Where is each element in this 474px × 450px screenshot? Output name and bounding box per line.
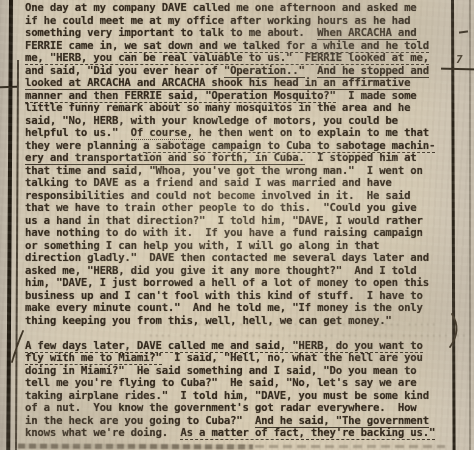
text-segment: and said, "Did you ever hear of [25, 64, 224, 77]
left-margin-tick-mark [0, 86, 17, 89]
text-segment: that we have to train other people to do… [25, 201, 417, 214]
text-segment: I stopped him at [305, 151, 417, 164]
text-segment: said, "No, HERB, with your knowledge of … [25, 114, 398, 127]
left-slash-pen-stroke [12, 331, 23, 362]
text-segment: responsibilities and could not become in… [25, 189, 410, 202]
document-body: One day at my company DAVE called me one… [25, 2, 451, 440]
text-segment: make every minute count." And he told me… [25, 301, 423, 314]
text-segment: helpful to us." [25, 126, 131, 139]
bottom-cutoff-text-smudge [18, 444, 253, 450]
paragraph: One day at my company DAVE called me one… [25, 2, 451, 327]
text-segment: direction gladly." DAVE then contacted m… [25, 251, 429, 264]
text-segment: business up and I can't fool with this k… [25, 289, 423, 302]
text-segment: little funny remark about so many mosqui… [25, 101, 410, 114]
text-segment: thing keeping you from this, well, hell,… [25, 314, 392, 327]
text-segment: knows what we're doing. [25, 426, 180, 439]
right-margin-handwritten-seven: 7 [456, 53, 463, 66]
text-segment: of a nut. You know the government's got … [25, 401, 417, 414]
text-segment: that time and said, "Whoa, you've got th… [25, 164, 423, 177]
text-segment: if he could meet me at my office after w… [25, 14, 410, 27]
right-margin-dash-mark [459, 30, 468, 33]
text-segment: taking airplane rides." I told him, "DAV… [25, 389, 429, 402]
text-segment: have nothing to do with it. If you have … [25, 226, 423, 239]
text-segment: One day at my company DAVE called me one… [25, 1, 417, 14]
text-segment: I said, "Hell, no, what the hell are you [162, 351, 423, 364]
text-segment: he then went on to explain to me that [193, 126, 429, 139]
page-left-inner-border-line [15, 60, 19, 450]
bottom-cutoff-text-smudge-faint [255, 445, 445, 448]
scanned-document-page: ·· ···· ··· ·· ···· ·· ··· · ········ ··… [0, 0, 474, 450]
text-segment: something very important to talk to me a… [25, 26, 317, 39]
text-segment [305, 64, 317, 77]
text-segment: asked me, "HERB, did you give it any mor… [25, 264, 417, 277]
text-line: knows what we're doing. As a matter of f… [25, 427, 451, 440]
text-line: thing keeping you from this, well, hell,… [25, 315, 451, 328]
text-segment: I made some [336, 89, 417, 102]
underlined-text: As a matter of fact, they're backing us.… [180, 426, 435, 440]
text-segment: or something I can help you with, I will… [25, 239, 379, 252]
underlined-text: When ARCACHA and [317, 26, 416, 40]
text-segment: they were planning [25, 139, 143, 152]
paragraph: A few days later, DAVE called me and sai… [25, 340, 451, 440]
page-left-border-line [6, 0, 13, 450]
text-segment: him, "DAVE, I just borrowed a hell of a … [25, 276, 429, 289]
text-segment: in the heck are you going to Cuba?" [25, 414, 255, 427]
text-segment: us a hand in that direction?" I told him… [25, 214, 423, 227]
text-segment: tell me you're flying to Cuba?" He said,… [25, 376, 417, 389]
text-segment: FERRIE came in, [25, 39, 124, 52]
text-segment: doing in Miami?" He said something and I… [25, 364, 417, 377]
text-segment: talking to DAVE as a friend and said I w… [25, 176, 392, 189]
